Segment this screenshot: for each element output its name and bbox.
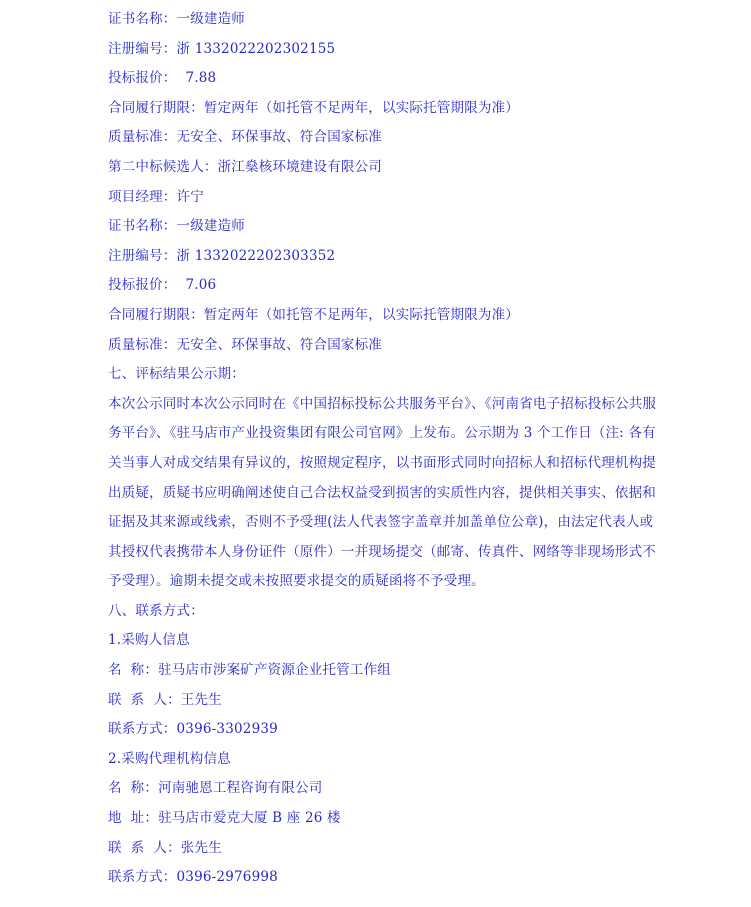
text-line: 投标报价： 7.88: [108, 64, 728, 94]
text-line: 名 称：驻马店市涉案矿产资源企业托管工作组: [108, 656, 728, 686]
text-line: 注册编号：浙 1332022202302155: [108, 35, 728, 65]
text-line: 七、评标结果公示期：: [108, 360, 728, 390]
text-line: 证书名称：一级建造师: [108, 212, 728, 242]
text-line: 1.采购人信息: [108, 626, 728, 656]
text-line: 予受理）。逾期未提交或未按照要求提交的质疑函将不予受理。: [108, 567, 728, 597]
announcement-document: 证书名称：一级建造师注册编号：浙 1332022202302155投标报价： 7…: [0, 0, 751, 907]
text-line: 注册编号：浙 1332022202303352: [108, 242, 728, 272]
document-body: 证书名称：一级建造师注册编号：浙 1332022202302155投标报价： 7…: [108, 5, 728, 893]
text-line: 关当事人对成交结果有异议的，按照规定程序，以书面形式同时向招标人和招标代理机构提: [108, 449, 728, 479]
text-line: 联 系 人：王先生: [108, 686, 728, 716]
text-line: 证书名称：一级建造师: [108, 5, 728, 35]
text-line: 务平台》、《驻马店市产业投资集团有限公司官网》上发布。公示期为 3 个工作日（注…: [108, 419, 728, 449]
text-line: 合同履行期限：暂定两年（如托管不足两年，以实际托管期限为准）: [108, 94, 728, 124]
text-line: 质量标准：无安全、环保事故、符合国家标准: [108, 331, 728, 361]
text-line: 质量标准：无安全、环保事故、符合国家标准: [108, 123, 728, 153]
text-line: 联 系 人：张先生: [108, 834, 728, 864]
text-line: 出质疑，质疑书应明确阐述使自己合法权益受到损害的实质性内容，提供相关事实、依据和: [108, 479, 728, 509]
text-line: 项目经理：许宁: [108, 183, 728, 213]
text-line: 本次公示同时本次公示同时在《中国招标投标公共服务平台》、《河南省电子招标投标公共…: [108, 390, 728, 420]
text-line: 联系方式：0396-2976998: [108, 863, 728, 893]
text-line: 投标报价： 7.06: [108, 271, 728, 301]
text-line: 联系方式：0396-3302939: [108, 715, 728, 745]
text-line: 证据及其来源或线索，否则不予受理(法人代表签字盖章并加盖单位公章)，由法定代表人…: [108, 508, 728, 538]
text-line: 名 称：河南驰恩工程咨询有限公司: [108, 774, 728, 804]
text-line: 八、联系方式：: [108, 597, 728, 627]
text-line: 其授权代表携带本人身份证件（原件）一并现场提交（邮寄、传真件、网络等非现场形式不: [108, 538, 728, 568]
text-line: 地 址：驻马店市爱克大厦 B 座 26 楼: [108, 804, 728, 834]
text-line: 合同履行期限：暂定两年（如托管不足两年，以实际托管期限为准）: [108, 301, 728, 331]
text-line: 2.采购代理机构信息: [108, 745, 728, 775]
text-line: 第二中标候选人：浙江燊核环境建设有限公司: [108, 153, 728, 183]
